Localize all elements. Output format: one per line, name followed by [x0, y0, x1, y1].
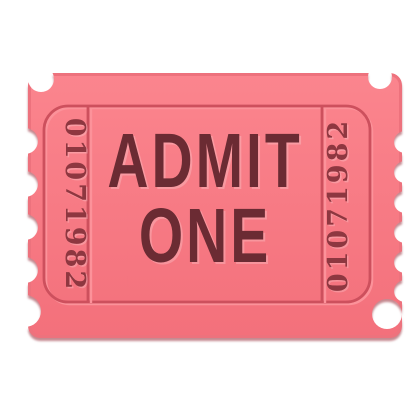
left-serial-number: 01071982	[59, 118, 90, 292]
right-serial-number: 01071982	[323, 118, 354, 292]
one-text: ONE	[139, 194, 271, 279]
admit-one-ticket-graphic: ADMIT ONE ADMIT ONE 01071982 01071982 01…	[0, 0, 410, 411]
admit-text: ADMIT	[107, 119, 302, 204]
ticket-emoji: ADMIT ONE ADMIT ONE 01071982 01071982 01…	[0, 0, 410, 411]
ticket-body-group: ADMIT ONE ADMIT ONE 01071982 01071982 01…	[28, 73, 402, 338]
